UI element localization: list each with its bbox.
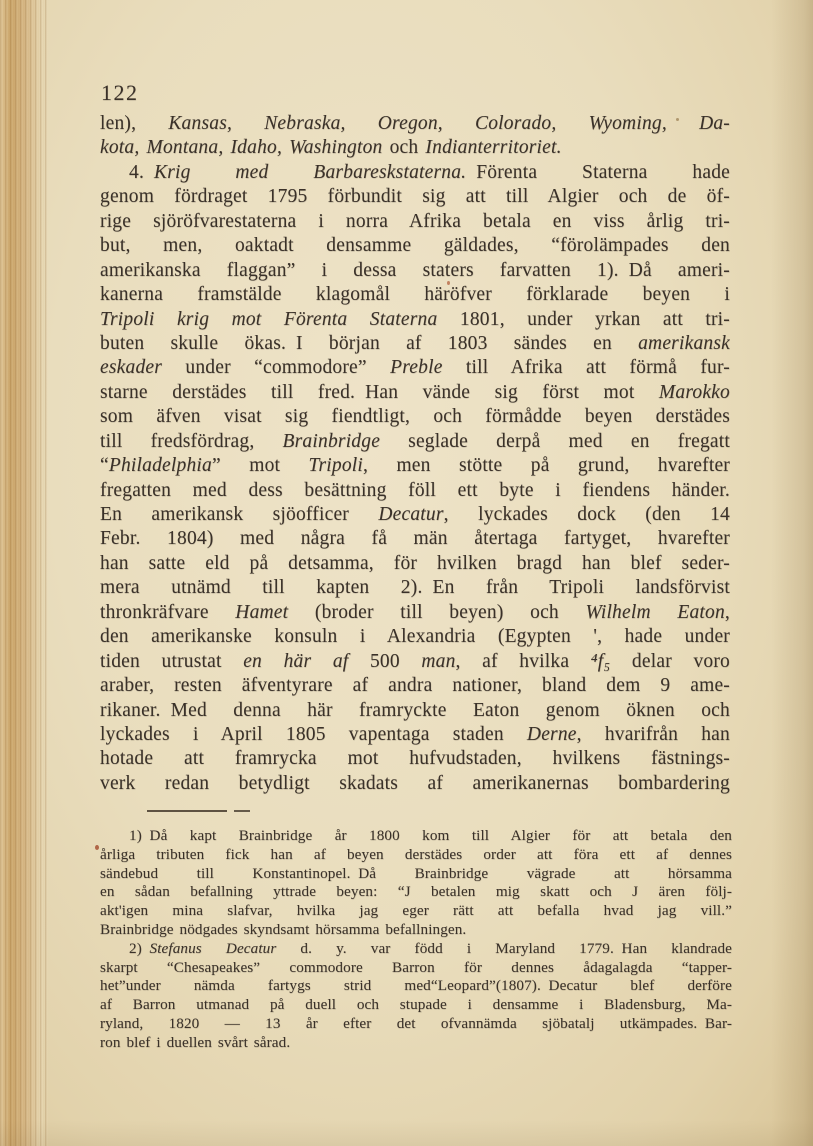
text-segment: verk redan betydligt skadats af amerikan… (100, 773, 730, 794)
text-segment: Brainbridge nödgades skyndsamt hörsamma … (100, 921, 466, 938)
text-segment: thronkräfvare (100, 602, 235, 623)
footnote-separator (147, 810, 227, 812)
text-line: som äfven visat sig fiendtligt, och förm… (100, 405, 730, 429)
text-line: 4. Krig med Barbareskstaterna. Förenta S… (100, 161, 730, 185)
text-segment: , (725, 602, 730, 623)
italic-text-segment: Preble (390, 357, 442, 378)
text-line: len), Kansas, Nebraska, Oregon, Colorado… (100, 112, 730, 136)
text-line: eskader under “commodore” Preble till Af… (100, 356, 730, 380)
text-line: af Barron utmanad på duell och stupade i… (100, 996, 732, 1015)
text-line: kanerna framstälde klagomål häröfver för… (100, 283, 730, 307)
text-segment: , af hvilka (456, 651, 591, 672)
text-line: araber, resten äfventyrare af andra nati… (100, 674, 730, 698)
scanned-book-page: 122 len), Kansas, Nebraska, Oregon, Colo… (0, 0, 813, 1146)
text-line: han satte eld på detsamma, för hvilken b… (100, 552, 730, 576)
text-line: lyckades i April 1805 vapentaga staden D… (100, 723, 730, 747)
text-line: den amerikanske konsuln i Alexandria (Eg… (100, 625, 730, 649)
text-segment: , lyckades dock (den 14 (444, 504, 730, 525)
text-line: ron blef i duellen svårt sårad. (100, 1034, 732, 1053)
italic-text-segment: en här af (243, 651, 348, 672)
text-segment: starne derstädes till fred. Han vände si… (100, 382, 659, 403)
text-segment: till fredsfördrag, (100, 431, 283, 452)
text-segment: amerikanska flaggan” i dessa staters far… (100, 260, 730, 281)
italic-text-segment: ⁴f₅ (591, 651, 611, 672)
text-line: mera utnämd till kapten 2). En från Trip… (100, 576, 730, 600)
text-line: hotade att framrycka mot hufvudstaden, h… (100, 747, 730, 771)
text-segment: och (383, 137, 426, 158)
text-segment: tiden utrustat (100, 651, 243, 672)
text-line: skarpt “Chesapeakes” commodore Barron fö… (100, 959, 732, 978)
text-line: årliga tributen fick han af beyen derstä… (100, 846, 732, 865)
text-line: rige sjöröfvarestaterna i norra Afrika b… (100, 210, 730, 234)
text-segment: 2) (129, 940, 150, 957)
italic-text-segment: Tripoli (309, 455, 364, 476)
text-segment: till Afrika att förmå fur- (443, 357, 730, 378)
italic-text-segment: Stefanus Decatur (150, 940, 277, 957)
text-line: “Philadelphia” mot Tripoli, men stötte p… (100, 454, 730, 478)
text-line: verk redan betydligt skadats af amerikan… (100, 772, 730, 796)
italic-text-segment: Decatur (378, 504, 443, 525)
text-segment: but, men, oaktadt densamme gäldades, “fö… (100, 235, 730, 256)
text-segment: rige sjöröfvarestaterna i norra Afrika b… (100, 211, 730, 232)
footnote-separator-dash (234, 810, 250, 812)
text-line: starne derstädes till fred. Han vände si… (100, 381, 730, 405)
italic-text-segment: Indianterritoriet. (425, 137, 561, 158)
text-line: buten skulle ökas. I början af 1803 sänd… (100, 332, 730, 356)
italic-text-segment: man (421, 651, 455, 672)
text-segment: “ (100, 455, 109, 476)
page-number: 122 (101, 80, 139, 106)
text-line: 1) Då kapt Brainbridge år 1800 kom till … (100, 827, 732, 846)
italic-text-segment: Krig med Barbareskstaterna. (154, 162, 466, 183)
text-segment: rikaner. Med denna här framryckte Eaton … (100, 700, 730, 721)
text-segment: genom fördraget 1795 förbundit sig att t… (100, 186, 730, 207)
paper-speck (95, 845, 99, 850)
text-line: fregatten med dess besättning föll ett b… (100, 479, 730, 503)
text-segment: lyckades i April 1805 vapentaga staden (100, 724, 527, 745)
text-line: ryland, 1820 — 13 år efter det ofvannämd… (100, 1015, 732, 1034)
text-line: en sådan befallning yttrade beyen: “J be… (100, 883, 732, 902)
italic-text-segment: amerikansk (638, 333, 730, 354)
text-segment: skarpt “Chesapeakes” commodore Barron fö… (100, 959, 732, 976)
text-segment: (broder till beyen) och (288, 602, 585, 623)
text-segment: delar voro (610, 651, 730, 672)
page-right-shadow (771, 0, 813, 1146)
italic-text-segment: Derne (527, 724, 577, 745)
text-segment: buten skulle ökas. I början af 1803 sänd… (100, 333, 638, 354)
text-segment: , hvarifrån han (577, 724, 730, 745)
text-segment: fregatten med dess besättning föll ett b… (100, 480, 730, 501)
text-line: 2) Stefanus Decatur d. y. var född i Mar… (100, 940, 732, 959)
book-page-edges (0, 0, 48, 1146)
italic-text-segment: Brainbridge (283, 431, 381, 452)
text-segment: len), (100, 113, 168, 134)
text-segment: som äfven visat sig fiendtligt, och förm… (100, 406, 730, 427)
text-segment: han satte eld på detsamma, för hvilken b… (100, 553, 730, 574)
text-line: Febr. 1804) med några få män återtaga fa… (100, 527, 730, 551)
text-segment: ryland, 1820 — 13 år efter det ofvannämd… (100, 1015, 732, 1032)
page-bottom-shadow (0, 1120, 813, 1146)
text-segment: under “commodore” (162, 357, 390, 378)
paper-speck (676, 118, 679, 121)
text-segment: 4. (129, 162, 154, 183)
text-segment: 1) Då kapt Brainbridge år 1800 kom till … (129, 827, 732, 844)
italic-text-segment: Marokko (659, 382, 730, 403)
italic-text-segment: Philadelphia (109, 455, 212, 476)
italic-text-segment: Kansas, Nebraska, Oregon, Colorado, Wyom… (168, 113, 730, 134)
text-segment: ron blef i duellen svårt sårad. (100, 1034, 290, 1051)
text-segment: het”under nämda fartygs strid med“Leopar… (100, 977, 732, 994)
text-segment: kanerna framstälde klagomål häröfver för… (100, 284, 730, 305)
text-line: genom fördraget 1795 förbundit sig att t… (100, 185, 730, 209)
text-line: tiden utrustat en här af 500 man, af hvi… (100, 650, 730, 674)
italic-text-segment: Wilhelm Eaton (585, 602, 724, 623)
text-line: but, men, oaktadt densamme gäldades, “fö… (100, 234, 730, 258)
paper-speck (447, 281, 450, 285)
italic-text-segment: kota, Montana, Idaho, Washington (100, 137, 383, 158)
italic-text-segment: Hamet (235, 602, 288, 623)
text-line: kota, Montana, Idaho, Washington och Ind… (100, 136, 730, 160)
text-segment: den amerikanske konsuln i Alexandria (Eg… (100, 626, 730, 647)
text-segment: d. y. var född i Maryland 1779. Han klan… (276, 940, 732, 957)
text-line: Brainbridge nödgades skyndsamt hörsamma … (100, 921, 732, 940)
text-line: En amerikansk sjöofficer Decatur, lyckad… (100, 503, 730, 527)
text-line: het”under nämda fartygs strid med“Leopar… (100, 977, 732, 996)
text-line: Tripoli krig mot Förenta Staterna 1801, … (100, 308, 730, 332)
text-segment: seglade derpå med en fregatt (380, 431, 730, 452)
text-segment: ” mot (212, 455, 309, 476)
text-line: amerikanska flaggan” i dessa staters far… (100, 259, 730, 283)
text-line: sändebud till Konstantinopel. Då Brainbr… (100, 865, 732, 884)
italic-text-segment: Tripoli krig mot Förenta Staterna (100, 309, 437, 330)
text-segment: 1801, under yrkan att tri- (437, 309, 730, 330)
text-segment: årliga tributen fick han af beyen derstä… (100, 846, 732, 863)
text-segment: af Barron utmanad på duell och stupade i… (100, 996, 732, 1013)
text-segment: 500 (348, 651, 421, 672)
text-segment: akt'igen mina slafvar, hvilka jag eger r… (100, 902, 732, 919)
text-segment: araber, resten äfventyrare af andra nati… (100, 675, 730, 696)
text-line: akt'igen mina slafvar, hvilka jag eger r… (100, 902, 732, 921)
text-segment: hotade att framrycka mot hufvudstaden, h… (100, 748, 730, 769)
main-text-block: len), Kansas, Nebraska, Oregon, Colorado… (100, 112, 730, 796)
text-segment: Febr. 1804) med några få män återtaga fa… (100, 528, 730, 549)
text-segment: sändebud till Konstantinopel. Då Brainbr… (100, 865, 732, 882)
text-line: rikaner. Med denna här framryckte Eaton … (100, 699, 730, 723)
italic-text-segment: eskader (100, 357, 162, 378)
text-segment: mera utnämd till kapten 2). En från Trip… (100, 577, 730, 598)
text-segment: En amerikansk sjöofficer (100, 504, 378, 525)
text-segment: , men stötte på grund, hvarefter (363, 455, 730, 476)
text-segment: en sådan befallning yttrade beyen: “J be… (100, 883, 732, 900)
footnotes-block: 1) Då kapt Brainbridge år 1800 kom till … (100, 827, 732, 1053)
text-line: till fredsfördrag, Brainbridge seglade d… (100, 430, 730, 454)
text-line: thronkräfvare Hamet (broder till beyen) … (100, 601, 730, 625)
text-segment: Förenta Staterna hade (466, 162, 730, 183)
